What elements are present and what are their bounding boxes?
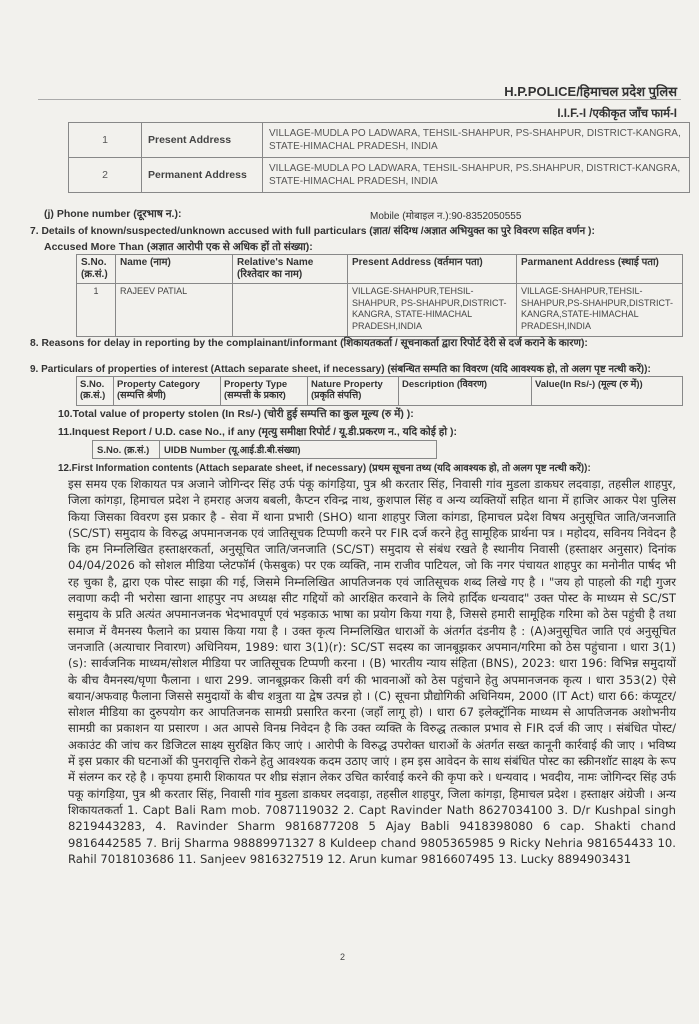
address-sn: 2	[69, 158, 142, 193]
col-permanent-address: Parmanent Address (स्थाई पता)	[517, 255, 683, 284]
col-sno: S.No. (क्र.सं.)	[77, 377, 114, 406]
col-name: Name (नाम)	[116, 255, 233, 284]
uidb-table: S.No. (क्र.सं.) UIDB Number (यू.आई.डी.बी…	[92, 440, 437, 459]
table-row: 2 Permanent Address VILLAGE-MUDLA PO LAD…	[69, 158, 690, 193]
col-description: Description (विवरण)	[399, 377, 532, 406]
col-property-type: Property Type (सम्पत्ती के प्रकार)	[221, 377, 308, 406]
accused-relative	[233, 284, 348, 337]
phone-label: (j) Phone number (दूरभाष न.):	[44, 207, 181, 221]
header-divider	[38, 99, 681, 100]
col-value: Value(In Rs/-) (मूल्य (रु में))	[532, 377, 683, 406]
accused-sn: 1	[77, 284, 116, 337]
section-12-title: 12.First Information contents (Attach se…	[58, 461, 591, 474]
accused-permanent-address: VILLAGE-SHAHPUR,TEHSIL-SHAHPUR,PS-SHAHPU…	[517, 284, 683, 337]
mobile-number: Mobile (मोबाइल न.):90-8352050555	[370, 208, 521, 222]
col-property-category: Property Category (सम्पत्ति श्रेणी)	[114, 377, 221, 406]
table-header-row: S.No. (क्र.सं.) Property Category (सम्पत…	[77, 377, 683, 406]
fir-form-page: H.P.POLICE/हिमाचल प्रदेश पुलिस I.I.F.-I …	[0, 0, 699, 1024]
page-number: 2	[340, 952, 345, 962]
first-information-content: इस समय एक शिकायत पत्र अजाने जोगिन्दर सिं…	[68, 476, 676, 867]
col-present-address: Present Address (वर्तमान पता)	[348, 255, 517, 284]
section-7-subtitle: Accused More Than (अज्ञात आरोपी एक से अध…	[44, 240, 313, 254]
accused-table: S.No. (क्र.सं.) Name (नाम) Relative's Na…	[76, 254, 683, 337]
section-8-title: 8. Reasons for delay in reporting by the…	[30, 336, 588, 350]
property-table: S.No. (क्र.सं.) Property Category (सम्पत…	[76, 376, 683, 406]
header-form-title: I.I.F.-I /एकीकृत जाँच फार्म-I	[557, 106, 677, 121]
address-value: VILLAGE-MUDLA PO LADWARA, TEHSIL-SHAHPUR…	[263, 158, 690, 193]
table-header-row: S.No. (क्र.सं.) UIDB Number (यू.आई.डी.बी…	[93, 441, 437, 459]
section-11-title: 11.Inquest Report / U.D. case No., if an…	[58, 425, 457, 439]
col-sno: S.No. (क्र.सं.)	[77, 255, 116, 284]
table-header-row: S.No. (क्र.सं.) Name (नाम) Relative's Na…	[77, 255, 683, 284]
accused-present-address: VILLAGE-SHAHPUR,TEHSIL-SHAHPUR, PS-SHAHP…	[348, 284, 517, 337]
section-9-title: 9. Particulars of properties of interest…	[30, 361, 651, 375]
col-uidb-number: UIDB Number (यू.आई.डी.बी.संख्या)	[160, 441, 437, 459]
col-sno: S.No. (क्र.सं.)	[93, 441, 160, 459]
table-row: 1 RAJEEV PATIAL VILLAGE-SHAHPUR,TEHSIL-S…	[77, 284, 683, 337]
address-label: Permanent Address	[142, 158, 263, 193]
section-10-title: 10.Total value of property stolen (In Rs…	[58, 407, 414, 421]
col-nature-property: Nature Property (प्रकृति संपत्ति)	[308, 377, 399, 406]
section-7-title: 7. Details of known/suspected/unknown ac…	[30, 224, 595, 238]
address-table: 1 Present Address VILLAGE-MUDLA PO LADWA…	[68, 122, 690, 193]
header-org: H.P.POLICE/हिमाचल प्रदेश पुलिस	[504, 82, 677, 100]
address-label: Present Address	[142, 123, 263, 158]
table-row: 1 Present Address VILLAGE-MUDLA PO LADWA…	[69, 123, 690, 158]
accused-name: RAJEEV PATIAL	[116, 284, 233, 337]
col-relative: Relative's Name (रिश्तेदार का नाम)	[233, 255, 348, 284]
address-value: VILLAGE-MUDLA PO LADWARA, TEHSIL-SHAHPUR…	[263, 123, 690, 158]
address-sn: 1	[69, 123, 142, 158]
